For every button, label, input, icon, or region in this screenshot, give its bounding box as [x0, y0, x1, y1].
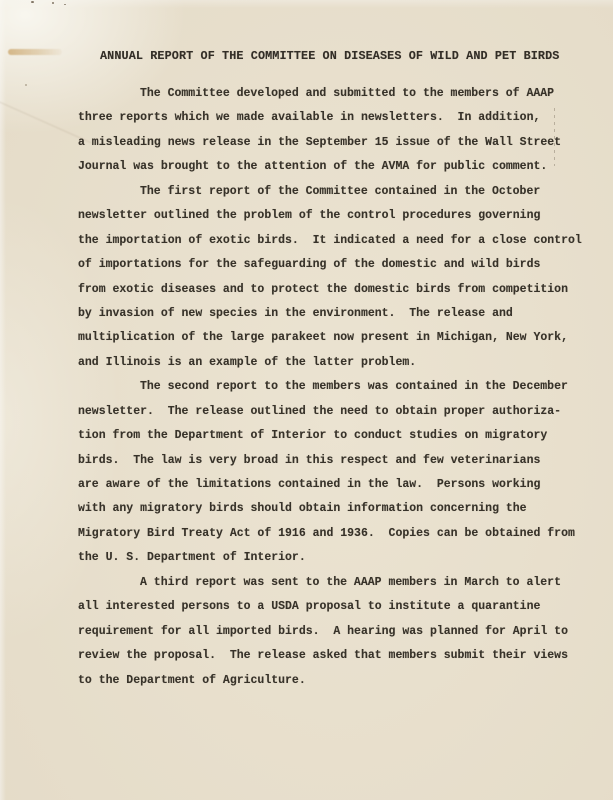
- text-line: from exotic diseases and to protect the …: [78, 278, 598, 302]
- text-line: The second report to the members was con…: [78, 375, 598, 399]
- text-line: Journal was brought to the attention of …: [78, 155, 598, 179]
- text-line: three reports which we made available in…: [78, 106, 598, 130]
- text-line: The first report of the Committee contai…: [78, 180, 598, 204]
- document-body: The Committee developed and submitted to…: [78, 82, 598, 693]
- text-line: a misleading news release in the Septemb…: [78, 131, 598, 155]
- text-line: review the proposal. The release asked t…: [78, 644, 598, 668]
- paper-speck: [64, 4, 66, 5]
- text-line: requirement for all imported birds. A he…: [78, 620, 598, 644]
- text-line: The Committee developed and submitted to…: [78, 82, 598, 106]
- text-line: multiplication of the large parakeet now…: [78, 326, 598, 350]
- text-line: A third report was sent to the AAAP memb…: [78, 571, 598, 595]
- text-line: tion from the Department of Interior to …: [78, 424, 598, 448]
- document-title: ANNUAL REPORT OF THE COMMITTEE ON DISEAS…: [100, 49, 559, 63]
- paper-speck: [31, 1, 34, 3]
- text-line: birds. The law is very broad in this res…: [78, 449, 598, 473]
- text-line: with any migratory birds should obtain i…: [78, 497, 598, 521]
- text-line: of importations for the safeguarding of …: [78, 253, 598, 277]
- text-line: the importation of exotic birds. It indi…: [78, 229, 598, 253]
- text-line: the U. S. Department of Interior.: [78, 546, 598, 570]
- paper-stain: [8, 49, 62, 55]
- text-line: to the Department of Agriculture.: [78, 669, 598, 693]
- text-line: are aware of the limitations contained i…: [78, 473, 598, 497]
- text-line: Migratory Bird Treaty Act of 1916 and 19…: [78, 522, 598, 546]
- text-line: all interested persons to a USDA proposa…: [78, 595, 598, 619]
- text-line: by invasion of new species in the enviro…: [78, 302, 598, 326]
- text-line: and Illinois is an example of the latter…: [78, 351, 598, 375]
- scanned-document-page: ANNUAL REPORT OF THE COMMITTEE ON DISEAS…: [0, 0, 613, 800]
- paper-speck: [52, 2, 54, 4]
- text-line: newsletter. The release outlined the nee…: [78, 400, 598, 424]
- paper-speck: [25, 84, 27, 86]
- text-line: newsletter outlined the problem of the c…: [78, 204, 598, 228]
